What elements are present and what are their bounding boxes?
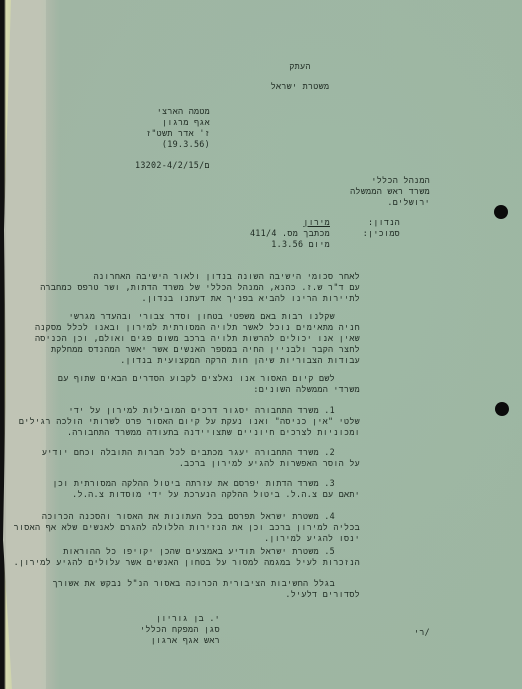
closing-line: לסדורים דלעיל. [40, 589, 360, 600]
subject-value: מירון [290, 217, 330, 228]
paragraph-line: לאחר סכומי הישיבה השונה בנדון ולאור הישי… [40, 271, 360, 282]
typed-letter: העתק משטרת ישראל מטמה הארצי אגף מרגון ז'… [0, 0, 522, 689]
paragraph-line: משרדי הממשלה השונים: [40, 384, 360, 395]
subject-label: הנדון: [340, 217, 400, 228]
paragraph-line: עם ד"ר ש.ז. כהנא, המנהל הכללי של משרד הד… [40, 282, 360, 293]
signatory-title: סגן המפקח הכללי [125, 624, 220, 635]
item-line: 1. משרד התחבורה יסגור דרכים המובילות למי… [40, 405, 335, 416]
item-line: ומכוניות לצרכים חיוניים שתצויידנה בתעודה… [40, 427, 360, 438]
paragraph-line: לחצר הקבר ולבניין החיה במספר האנשים אשר … [40, 344, 360, 355]
item-line: יתאם עם צ.ה.ל. ביטול ההלקה הנערכת על ידי… [40, 489, 360, 500]
paragraph-line: שקלנו רבות באם משפטי בטחון וסדר צבורי וב… [40, 311, 335, 322]
item-line: 5. משטרת ישראל תודיע באמצעים שהכן יקויפו… [40, 546, 335, 557]
sender-line: מטמה הארצי [150, 106, 210, 117]
organization-name: משטרת ישראל [250, 81, 350, 92]
paragraph-line: חניה מתאימים נוכל לאשר תלויה המסורתית למ… [40, 322, 360, 333]
item-line: על הוסר האפשרות להגיע למירון ברכב. [40, 458, 360, 469]
reference-date: מיום 1.3.56 [250, 239, 330, 250]
paragraph-line: לתיירות הרינו להביא בפניך את דעתנו בנדון… [40, 293, 360, 304]
item-line: בכליה למירון ברכב וכן את הנזירות הללולה … [40, 522, 360, 533]
signatory-department: ראש אגף ארגון [125, 635, 220, 646]
signatory-name: י. בן גוריון [125, 613, 220, 624]
sender-line: אגף מרגון [150, 117, 210, 128]
item-line: ינסו להגיע למירון. [40, 533, 360, 544]
sender-line: ז' אדר תשט"ז [150, 128, 210, 139]
paragraph-line: עבודות הצבוריות שיהן חות הרקה המקצועית ב… [40, 355, 360, 366]
reference-value: מכתבך מס. 411/4 [230, 228, 330, 239]
item-line: 2. משרד התחבורה יעגר מכתבים לכל חברות הת… [40, 447, 335, 458]
copy-label: העתק [280, 61, 320, 72]
sender-date: (19.3.56) [150, 139, 210, 150]
closing-line: בגלל החשיבות הציבורית הכרוכה באסור הנ"ל … [40, 578, 335, 589]
typist-initials: /רי [400, 627, 430, 638]
item-line: הנזכרות לעיל במגמה למסור על בטחון האנשים… [40, 557, 360, 568]
recipient-line: ירושלים. [330, 197, 430, 208]
item-line: שלטי "אין כניסה" ואנו נעקת על קיום האסור… [40, 416, 360, 427]
item-line: 4. משטרת ישראל תפרסם בכל העתונות את האסו… [40, 511, 335, 522]
recipient-line: משרד ראש הממשלה [330, 186, 430, 197]
item-line: 3. משרד הדתות יפרסם את עזרתה ביטול ההלקה… [40, 478, 335, 489]
reference-number: 13202-4/2/15/ם [135, 160, 225, 171]
reference-label: סמוכין: [340, 228, 400, 239]
paragraph-line: לשם קיום האסור אנו נאלצים לקבוע הסדרים ה… [40, 373, 335, 384]
paragraph-line: שאין אנו יכולים להרשות תלויה ברכב משום פ… [40, 333, 360, 344]
recipient-line: המנהל הכללי [330, 175, 430, 186]
